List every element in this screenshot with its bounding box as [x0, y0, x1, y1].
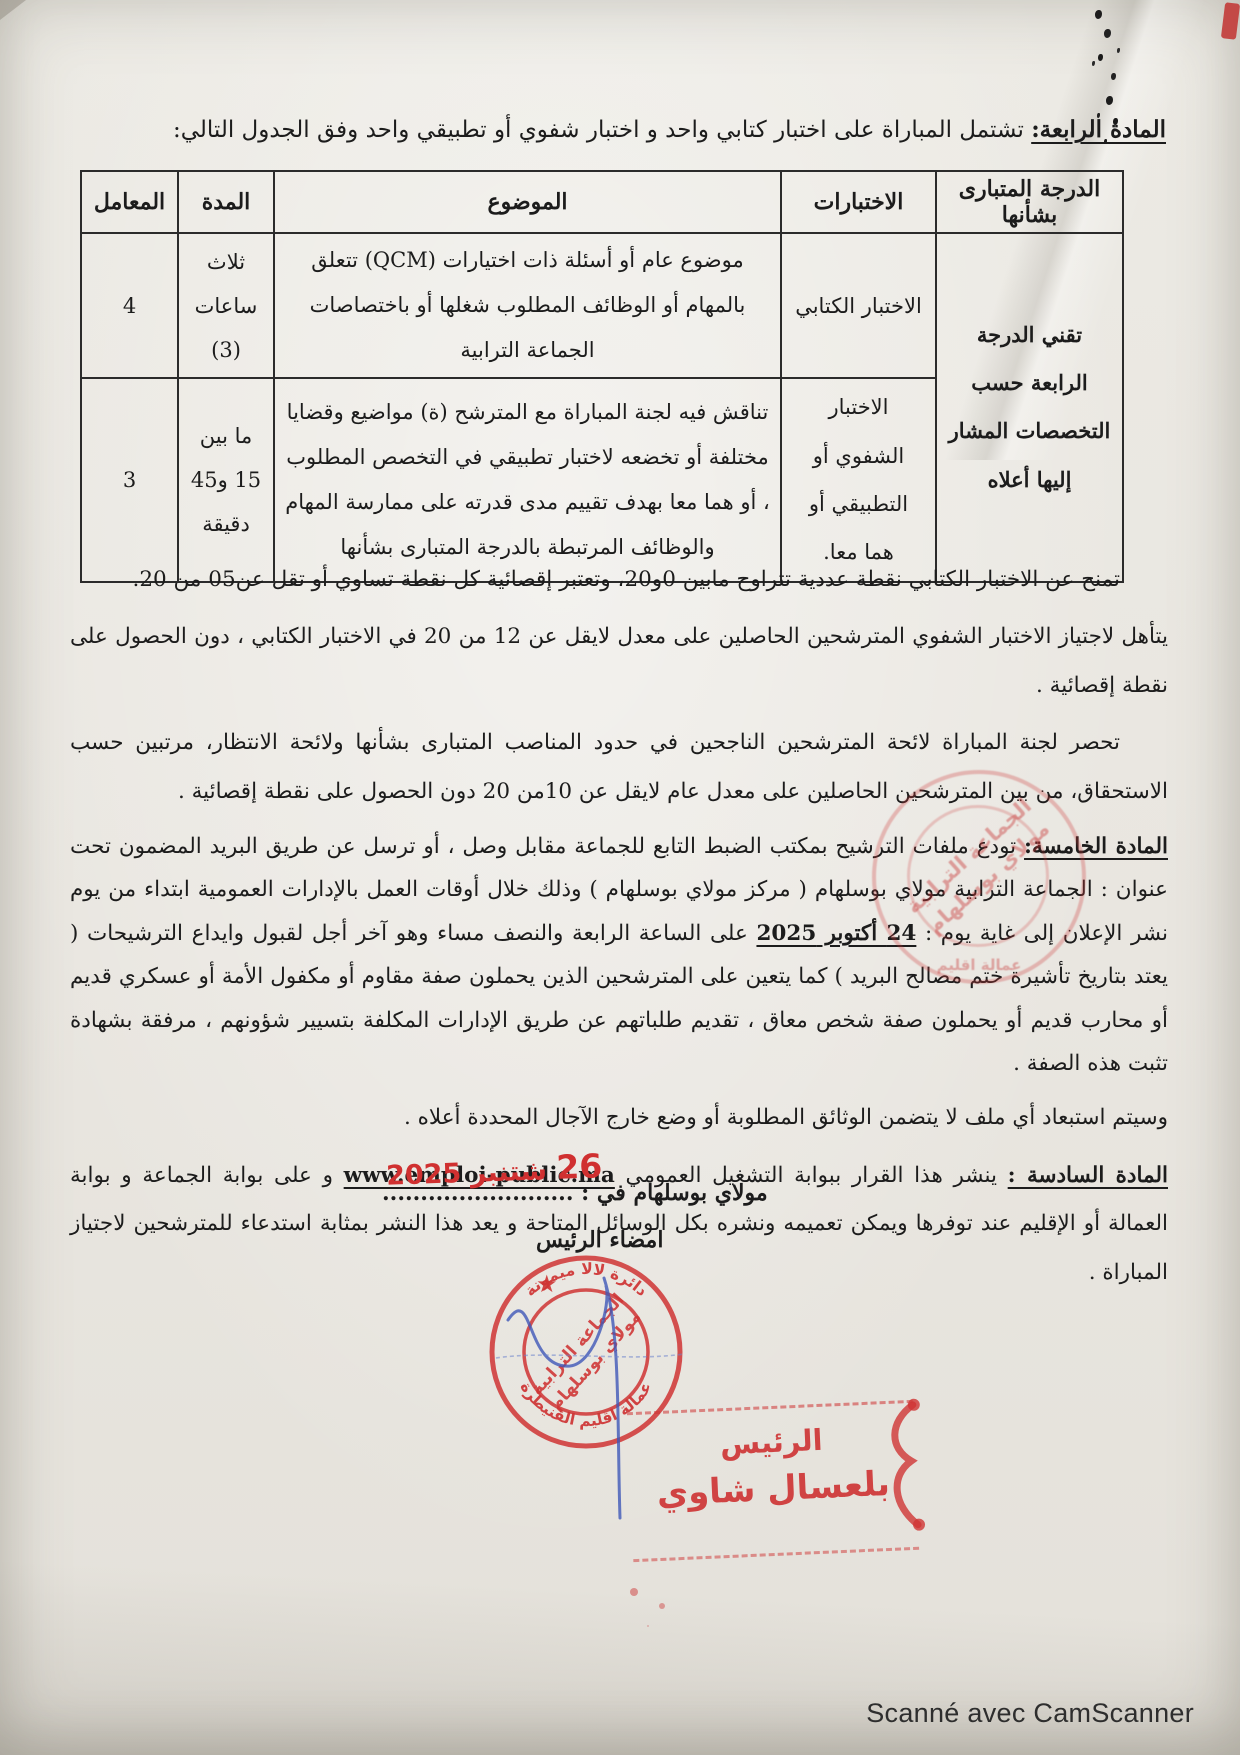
dotted-line: ......................... [382, 1180, 573, 1206]
paragraph-article5: المادة الخامسة: تودع ملفات الترشيح بمكتب… [70, 825, 1168, 1086]
ink-specks [1095, 10, 1102, 19]
grade-cell: تقني الدرجة الرابعة حسب التخصصات المشار … [936, 233, 1123, 582]
header-grade: الدرجة المتبارى بشأنها [936, 171, 1123, 233]
duration-cell-written: ثلاث ساعات (3) [178, 233, 274, 378]
article6-label: المادة السادسة : [1008, 1163, 1168, 1188]
stamp-bracket-ornament [880, 1394, 929, 1552]
paragraph-exclusion: وسيتم استبعاد أي ملف لا يتضمن الوثائق ال… [70, 1094, 1168, 1142]
paragraph-results-lists: تحصر لجنة المباراة لائحة المترشحين الناج… [70, 719, 1168, 816]
paragraph-written-test-score: تمنح عن الاختبار الكتابي نقطة عددية تترا… [70, 556, 1168, 604]
red-corner-mark [1221, 2, 1240, 40]
coefficient-cell-oral: 3 [81, 378, 178, 581]
coefficient-cell-written: 4 [81, 233, 178, 378]
paper-corner-shadow [0, 0, 26, 20]
header-subject: الموضوع [274, 171, 781, 233]
camscanner-watermark: Scanné avec CamScanner [866, 1698, 1194, 1729]
stamp-president-name: بلعسال شاوي [630, 1463, 917, 1515]
place-label: مولاي بوسلهام في : [581, 1180, 768, 1206]
duration-cell-oral: ما بين 15 و45 دقيقة [178, 378, 274, 581]
exam-cell-oral: الاختبار الشفوي أو التطبيقي أو هما معا. [781, 378, 936, 581]
signature-caption: امضاء الرئيس [536, 1227, 663, 1253]
red-ink-dots [630, 1588, 638, 1596]
scanned-document-page: المادة الرابعة: تشتمل المباراة على اختبا… [0, 0, 1240, 1755]
stamp-title: الرئيس [628, 1419, 915, 1465]
article4-text: تشتمل المباراة على اختبار كتابي واحد و ا… [173, 117, 1031, 143]
exam-cell-written: الاختبار الكتابي [781, 233, 936, 378]
header-exams: الاختبارات [781, 171, 936, 233]
paragraph-oral-qualification: يتأهل لاجتياز الاختبار الشفوي المترشحين … [70, 613, 1168, 710]
subject-cell-written: موضوع عام أو أسئلة ذات اختيارات (QCM) تت… [274, 233, 781, 378]
header-coefficient: المعامل [81, 171, 178, 233]
article4-heading: المادة الرابعة: تشتمل المباراة على اختبا… [72, 112, 1166, 149]
place-date-line: مولاي بوسلهام في : .....................… [382, 1180, 768, 1206]
table-header-row: الدرجة المتبارى بشأنها الاختبارات الموضو… [81, 171, 1123, 233]
table-row: تقني الدرجة الرابعة حسب التخصصات المشار … [81, 233, 1123, 378]
article4-label: المادة الرابعة: [1031, 116, 1166, 143]
header-duration: المدة [178, 171, 274, 233]
article5-label: المادة الخامسة: [1024, 834, 1168, 859]
exam-table: الدرجة المتبارى بشأنها الاختبارات الموضو… [80, 170, 1124, 583]
deadline-date: 24 أكتوبر 2025 [756, 921, 916, 946]
president-name-stamp: الرئيس بلعسال شاوي [627, 1400, 919, 1562]
subject-cell-oral: تناقش فيه لجنة المباراة مع المترشح (ة) م… [274, 378, 781, 581]
